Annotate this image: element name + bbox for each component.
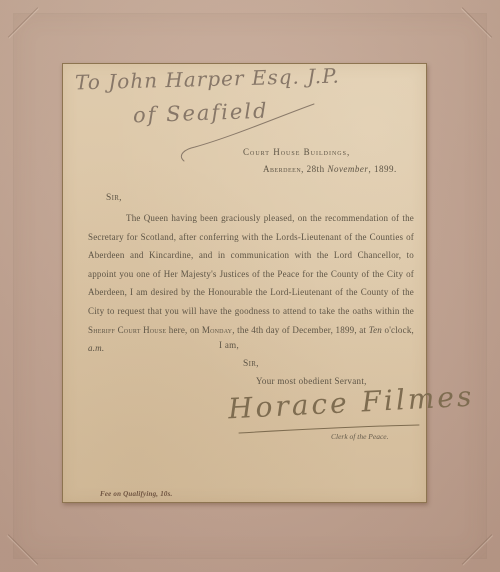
letterhead-date: Aberdeen, 28th November, 1899. bbox=[263, 164, 397, 174]
closing-i-am: I am, bbox=[219, 340, 239, 350]
closing-servant: Your most obedient Servant, bbox=[256, 376, 367, 386]
text-segment: Aberdeen, bbox=[263, 164, 304, 174]
text-segment: , the 4th day of December, 1899, at bbox=[232, 325, 369, 335]
closing-sir: Sir, bbox=[243, 359, 259, 369]
text-segment: Sheriff Court House bbox=[88, 325, 166, 335]
signature-underline bbox=[239, 425, 419, 433]
text-segment: a.m. bbox=[88, 343, 104, 353]
text-segment: o'clock, bbox=[382, 325, 414, 335]
text-segment: , 1899. bbox=[368, 164, 396, 174]
text-segment: November bbox=[327, 164, 368, 174]
letter-document: To John Harper Esq. J.P. of Seafield Cou… bbox=[62, 63, 427, 503]
text-segment: 28th bbox=[304, 164, 328, 174]
signature-role: Clerk of the Peace. bbox=[331, 432, 388, 441]
letter-body: The Queen having been graciously pleased… bbox=[88, 209, 414, 358]
inscription-recipient: To John Harper Esq. J.P. bbox=[75, 64, 340, 95]
text-segment: Ten bbox=[369, 325, 382, 335]
inscription-place: of Seafield bbox=[133, 99, 269, 128]
salutation: Sir, bbox=[106, 193, 122, 203]
framed-letter-photo: To John Harper Esq. J.P. of Seafield Cou… bbox=[0, 0, 500, 572]
letterhead-address: Court House Buildings, bbox=[243, 147, 350, 157]
fee-note: Fee on Qualifying, 10s. bbox=[100, 490, 172, 498]
text-segment: The Queen having been graciously pleased… bbox=[88, 213, 414, 316]
text-segment: Monday bbox=[202, 325, 232, 335]
text-segment: here, on bbox=[166, 325, 202, 335]
